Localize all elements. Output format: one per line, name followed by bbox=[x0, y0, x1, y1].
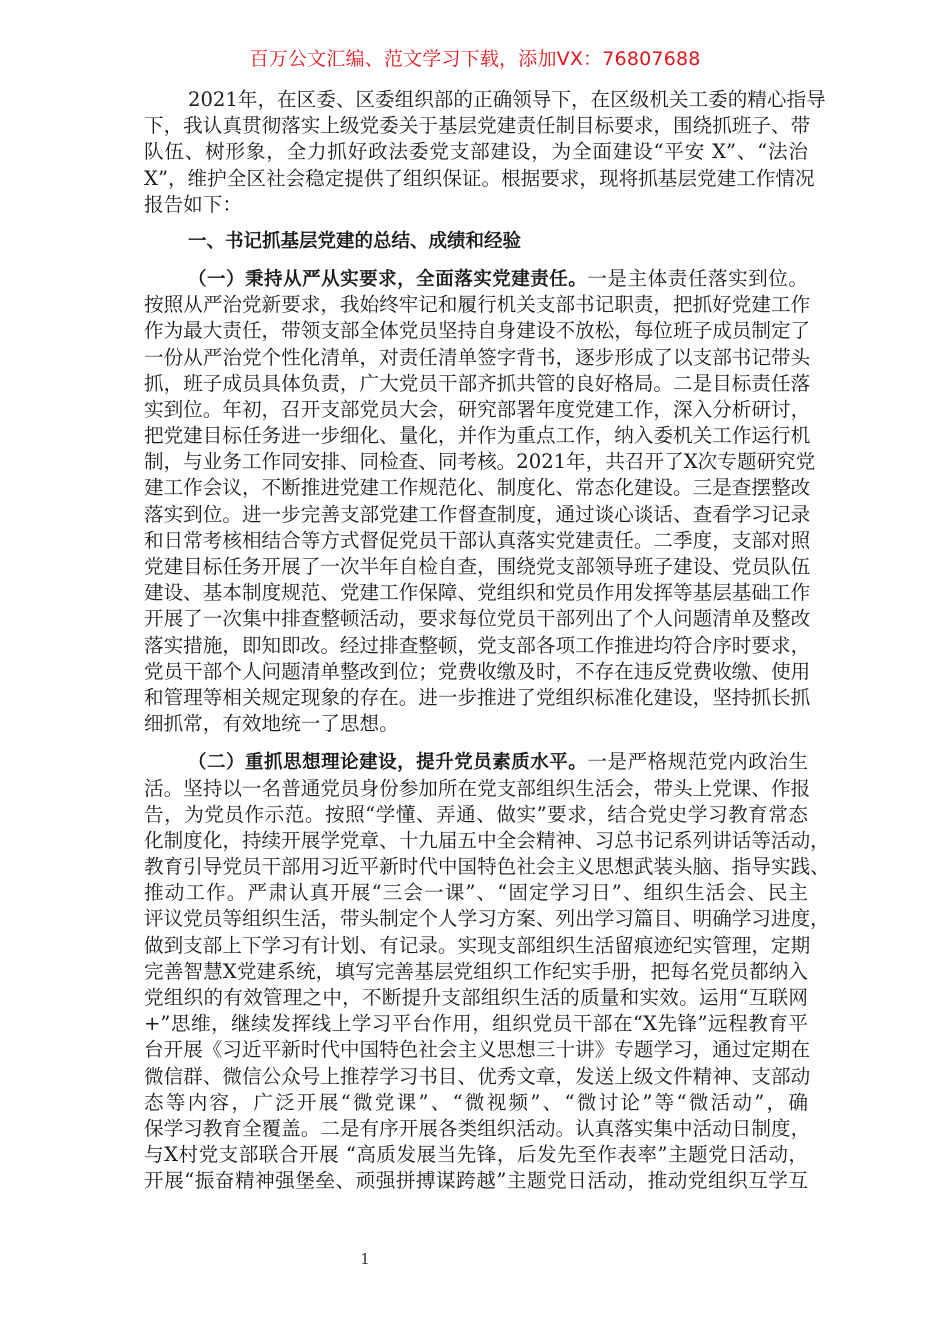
paragraph-line: 党建目标任务开展了一次半年自检自查，围绕党支部领导班子建设、党员队伍 bbox=[144, 554, 808, 580]
paragraph-first-line-text: 一是主体责任落实到位。 bbox=[587, 267, 808, 290]
intro-line: X”，维护全区社会稳定提供了组织保证。根据要求，现将抓基层党建工作情况 bbox=[144, 166, 808, 192]
paragraph-line: 把党建目标任务进一步细化、量化，并作为重点工作，纳入委机关工作运行机 bbox=[144, 423, 808, 449]
paragraph-line: 台开展《习近平新时代中国特色社会主义思想三十讲》专题学习，通过定期在 bbox=[144, 1037, 808, 1063]
paragraph-line: 做到支部上下学习有计划、有记录。实现支部组织生活留痕迹纪实管理，定期 bbox=[144, 933, 808, 959]
promo-banner: 百万公文汇编、范文学习下载，添加VX：76807688 bbox=[0, 45, 950, 73]
paragraph-line: +”思维，继续发挥线上学习平台作用，组织党员干部在“X先锋”远程教育平 bbox=[144, 1011, 808, 1037]
document-body: 2021年，在区委、区委组织部的正确领导下，在区级机关工委的精心指导 下，我认真… bbox=[144, 87, 808, 1195]
paragraph-line: 实到位。年初，召开支部党员大会，研究部署年度党建工作，深入分析研讨， bbox=[144, 397, 808, 423]
paragraph-first-line: （一）秉持从严从实要求，全面落实党建责任。一是主体责任落实到位。 bbox=[144, 266, 808, 292]
paragraph-line: 一份从严治党个性化清单，对责任清单签字背书，逐步形成了以支部书记带头 bbox=[144, 345, 808, 371]
paragraph-line: 建设、基本制度规范、党建工作保障、党组织和党员作用发挥等基层基础工作 bbox=[144, 580, 808, 606]
paragraph-theory-building: （二）重抓思想理论建设，提升党员素质水平。一是严格规范党内政治生 活。坚持以一名… bbox=[144, 749, 808, 1194]
paragraph-line: 建工作会议，不断推进党建工作规范化、制度化、常态化建设。三是查摆整改 bbox=[144, 475, 808, 501]
paragraph-first-line: （二）重抓思想理论建设，提升党员素质水平。一是严格规范党内政治生 bbox=[144, 749, 808, 775]
paragraph-line: 教育引导党员干部用习近平新时代中国特色社会主义思想武装头脑、指导实践、 bbox=[144, 854, 808, 880]
section-heading: 一、书记抓基层党建的总结、成绩和经验 bbox=[144, 229, 808, 255]
paragraph-line: 落实措施，即知即改。经过排查整顿，党支部各项工作推进均符合序时要求， bbox=[144, 633, 808, 659]
intro-line: 下，我认真贯彻落实上级党委关于基层党建责任制目标要求，围绕抓班子、带 bbox=[144, 113, 808, 139]
intro-line: 队伍、树形象，全力抓好政法委党支部建设，为全面建设“平安 X”、“法治 bbox=[144, 139, 808, 165]
paragraph-line: 保学习教育全覆盖。二是有序开展各类组织活动。认真落实集中活动日制度， bbox=[144, 1116, 808, 1142]
paragraph-line: 和管理等相关规定现象的存在。进一步推进了党组织标准化建设，坚持抓长抓 bbox=[144, 685, 808, 711]
paragraph-responsibility: （一）秉持从严从实要求，全面落实党建责任。一是主体责任落实到位。 按照从严治党新… bbox=[144, 266, 808, 737]
paragraph-lead-heading: （二）重抓思想理论建设，提升党员素质水平。 bbox=[188, 752, 587, 773]
document-page: 百万公文汇编、范文学习下载，添加VX：76807688 2021年，在区委、区委… bbox=[0, 0, 950, 1344]
intro-paragraph: 2021年，在区委、区委组织部的正确领导下，在区级机关工委的精心指导 下，我认真… bbox=[144, 87, 808, 218]
paragraph-line: 制，与业务工作同安排、同检查、同考核。2021年，共召开了X次专题研究党 bbox=[144, 449, 808, 475]
paragraph-line: 推动工作。严肃认真开展“三会一课”、“固定学习日”、组织生活会、民主 bbox=[144, 880, 808, 906]
page-number: 1 bbox=[0, 1250, 730, 1268]
paragraph-line: 开展了一次集中排查整顿活动，要求每位党员干部列出了个人问题清单及整改 bbox=[144, 606, 808, 632]
paragraph-first-line-text: 一是严格规范党内政治生 bbox=[587, 750, 808, 773]
paragraph-line: 评议党员等组织生活，带头制定个人学习方案、列出学习篇目、明确学习进度， bbox=[144, 906, 808, 932]
paragraph-line: 与X村党支部联合开展 “高质发展当先锋，后发先至作表率”主题党日活动， bbox=[144, 1142, 808, 1168]
paragraph-line: 化制度化，持续开展学党章、十九届五中全会精神、习总书记系列讲话等活动， bbox=[144, 828, 808, 854]
paragraph-line: 细抓常，有效地统一了思想。 bbox=[144, 711, 808, 737]
paragraph-lead-heading: （一）秉持从严从实要求，全面落实党建责任。 bbox=[188, 269, 587, 290]
paragraph-line: 活。坚持以一名普通党员身份参加所在党支部组织生活会，带头上党课、作报 bbox=[144, 776, 808, 802]
paragraph-line: 开展“振奋精神强堡垒、顽强拼搏谋跨越”主题党日活动，推动党组织互学互 bbox=[144, 1168, 808, 1194]
paragraph-line: 党员干部个人问题清单整改到位；党费收缴及时，不存在违反党费收缴、使用 bbox=[144, 659, 808, 685]
intro-line: 2021年，在区委、区委组织部的正确领导下，在区级机关工委的精心指导 bbox=[144, 87, 808, 113]
paragraph-line: 按照从严治党新要求，我始终牢记和履行机关支部书记职责，把抓好党建工作 bbox=[144, 292, 808, 318]
paragraph-line: 微信群、微信公众号上推荐学习书目、优秀文章，发送上级文件精神、支部动 bbox=[144, 1064, 808, 1090]
paragraph-line: 态等内容，广泛开展“微党课”、“微视频”、“微讨论”等“微活动”，确 bbox=[144, 1090, 808, 1116]
paragraph-line: 抓，班子成员具体负责，广大党员干部齐抓共管的良好格局。二是目标责任落 bbox=[144, 371, 808, 397]
paragraph-line: 完善智慧X党建系统，填写完善基层党组织工作纪实手册，把每名党员都纳入 bbox=[144, 959, 808, 985]
paragraph-line: 告，为党员作示范。按照“学懂、弄通、做实”要求，结合党史学习教育常态 bbox=[144, 802, 808, 828]
paragraph-line: 作为最大责任，带领支部全体党员坚持自身建设不放松，每位班子成员制定了 bbox=[144, 318, 808, 344]
paragraph-line: 和日常考核相结合等方式督促党员干部认真落实党建责任。二季度，支部对照 bbox=[144, 528, 808, 554]
intro-line: 报告如下： bbox=[144, 192, 808, 218]
paragraph-line: 党组织的有效管理之中，不断提升支部组织生活的质量和实效。运用“互联网 bbox=[144, 985, 808, 1011]
paragraph-line: 落实到位。进一步完善支部党建工作督查制度，通过谈心谈话、查看学习记录 bbox=[144, 502, 808, 528]
